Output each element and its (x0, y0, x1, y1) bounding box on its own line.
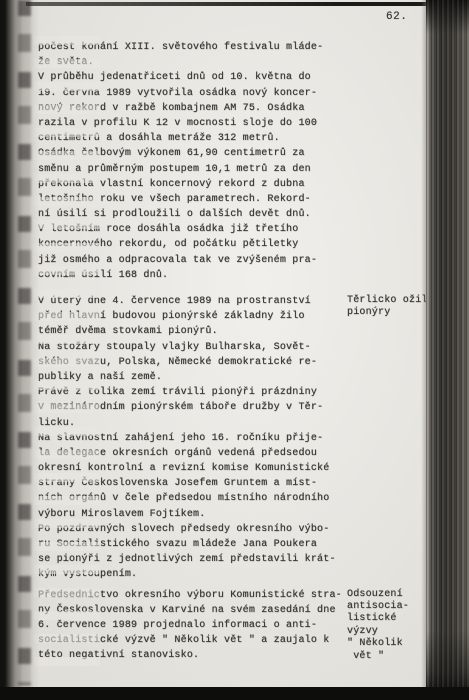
text-line: ní úsilí si prodloužili o dalších devět … (38, 207, 358, 222)
text-line: výboru Miroslavem Fojtíkem. (38, 507, 358, 522)
text-line: Na slavnostní zahájení jeho 16. ročníku … (38, 431, 358, 446)
text-line: se pionýři z jednotlivých zemí představi… (38, 552, 358, 567)
text-line: již osmého a odpracovala tak ve zvýšeném… (38, 253, 358, 268)
text-line: V průběhu jedenatřiceti dnů od 10. květn… (38, 70, 358, 85)
text-line: Po pozdravných slovech předsedy okresníh… (38, 522, 358, 537)
text-line: této negativní stanovisko. (38, 648, 358, 663)
text-line: nový rekord v ražbě kombajnem AM 75. Osá… (38, 101, 358, 116)
margin-note-line: Těrlicko ožilo (347, 295, 457, 307)
margin-note-line: Odsouzení (347, 589, 457, 601)
page-left-edge-line (18, 0, 31, 686)
scanned-document-page: 62. počest konání XIII. světového festiv… (0, 0, 469, 700)
text-line: Předsednictvo okresního výboru Komunisti… (38, 588, 358, 603)
paragraph: počest konání XIII. světového festivalu … (38, 40, 358, 283)
text-line: V letošním roce dosáhla osádka již třetí… (38, 222, 358, 237)
text-line: téměř dvěma stovkami pionýrů. (38, 324, 358, 339)
text-line: ského svazu, Polska, Německé demokratick… (38, 355, 358, 370)
book-spine-shadow (0, 0, 42, 700)
text-line: 19. června 1989 vytvořila osádka nový ko… (38, 86, 358, 101)
text-line: publiky a naší země. (38, 370, 358, 385)
text-line: letošního roku ve všech parametrech. Rek… (38, 192, 358, 207)
margin-note-line: pionýry (347, 307, 457, 319)
text-line: směnu a průměrným postupem 10,1 metrů za… (38, 162, 358, 177)
paragraph: Předsednictvo okresního výboru Komunisti… (38, 588, 358, 664)
text-line: že světa. (38, 55, 358, 70)
page-number: 62. (386, 11, 407, 23)
text-line: Osádka čelbovým výkonem 61,90 centimetrů… (38, 146, 358, 161)
text-line: okresní kontrolní a revizní komise Komun… (38, 461, 358, 476)
text-line: strany Československa Josefem Gruntem a … (38, 476, 358, 491)
text-line: licku. (38, 416, 358, 431)
scan-bottom-band (0, 687, 469, 700)
margin-note-line: antisocia- (347, 601, 457, 613)
text-line: před hlavní budovou pionýrské základny ž… (38, 309, 358, 324)
text-line: ru Socialistického svazu mládeže Jana Po… (38, 537, 358, 552)
text-line: kým vystoupením. (38, 567, 358, 582)
text-line: počest konání XIII. světového festivalu … (38, 40, 358, 55)
text-line: ních orgánů v čele předsedou místního ná… (38, 491, 358, 506)
text-line: la delegace okresních orgánů vedená před… (38, 446, 358, 461)
margin-note: Těrlicko ožilopionýry (347, 295, 457, 320)
text-line: koncernového rekordu, od počátku pětilet… (38, 237, 358, 252)
page-top-edge-line (26, 2, 469, 6)
text-line: razila v profilu K 12 v mocnosti sloje d… (38, 116, 358, 131)
text-line: V úterý dne 4. července 1989 na prostran… (38, 294, 358, 309)
margin-note-line: vět " (347, 651, 457, 663)
text-line: překonala vlastní koncernový rekord z du… (38, 177, 358, 192)
margin-note-line: výzvy (347, 626, 457, 638)
text-line: Právě z tolika zemí trávili pionýři práz… (38, 385, 358, 400)
text-line: ny Československa v Karviné na svém zase… (38, 603, 358, 618)
page-body-text: počest konání XIII. světového festivalu … (38, 40, 358, 664)
text-line: Na stožáry stoupaly vlajky Bulharska, So… (38, 340, 358, 355)
text-line: covním úsilí 168 dnů. (38, 268, 358, 283)
paragraph: V úterý dne 4. července 1989 na prostran… (38, 294, 358, 583)
text-line: centimetrů a dosáhla metráže 312 metrů. (38, 131, 358, 146)
text-line: socialistické výzvě " Několik vět " a za… (38, 633, 358, 648)
margin-note-line: " Několik (347, 638, 457, 650)
margin-note-line: listické (347, 613, 457, 625)
text-line: v mezinárodním pionýrském táboře družby … (38, 400, 358, 415)
margin-note: Odsouzeníantisocia-listickévýzvy" Několi… (347, 589, 457, 663)
text-line: 6. července 1989 projednalo informaci o … (38, 618, 358, 633)
